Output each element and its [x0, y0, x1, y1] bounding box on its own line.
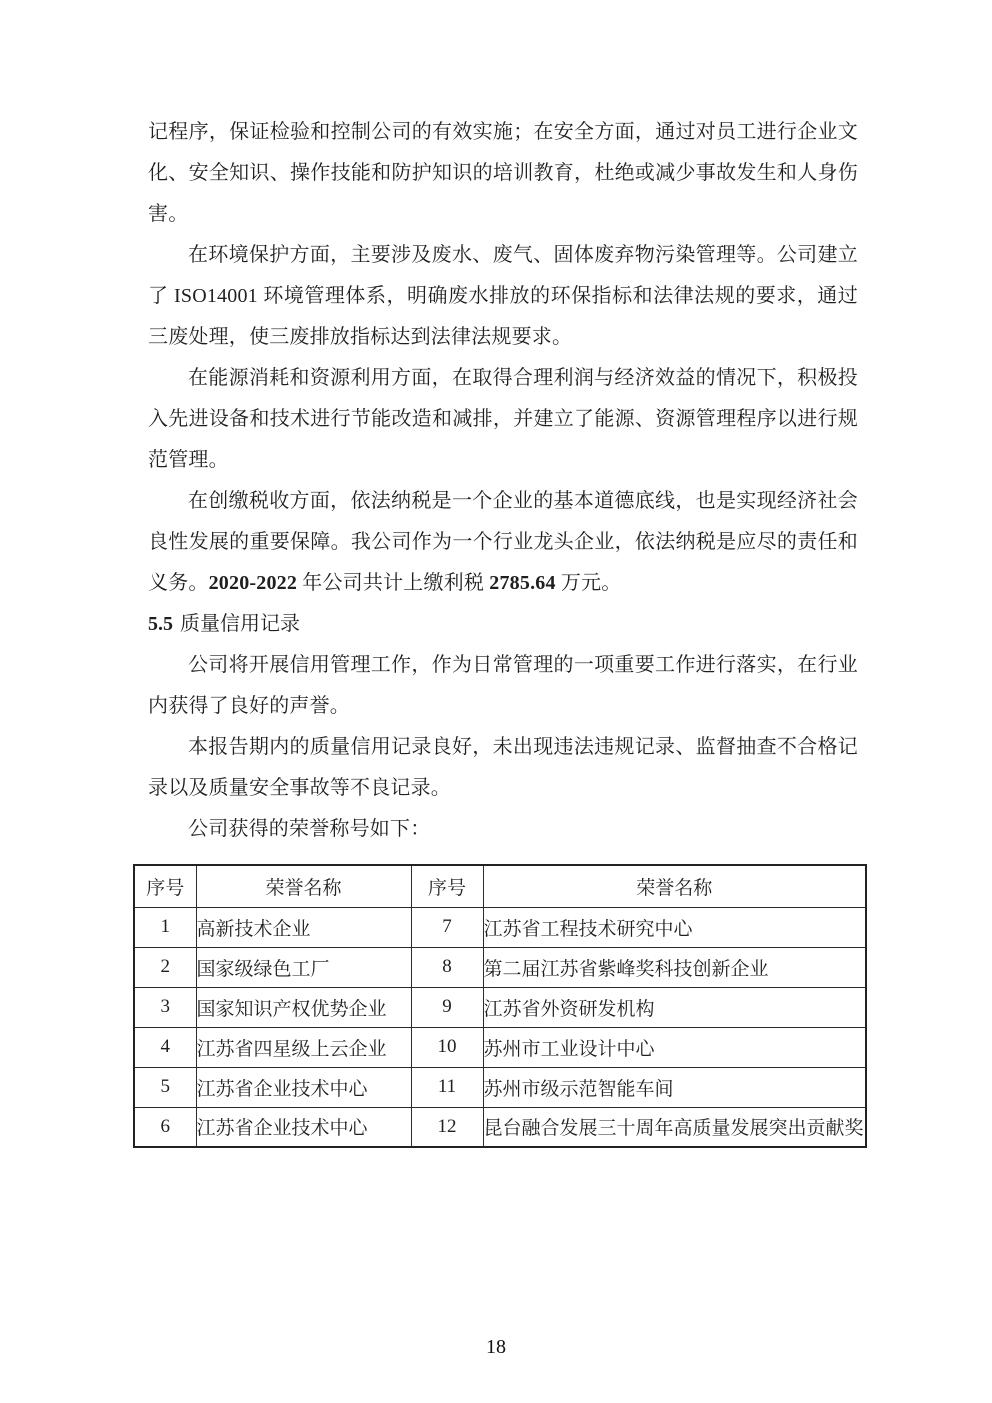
page-content: 记程序，保证检验和控制公司的有效实施；在安全方面，通过对员工进行企业文化、安全知… — [148, 112, 858, 1148]
table-header-honor-left: 荣誉名称 — [196, 865, 411, 907]
table-header-index-left: 序号 — [134, 865, 196, 907]
body-paragraph-tax: 在创缴税收方面，依法纳税是一个企业的基本道德底线，也是实现经济社会良性发展的重要… — [148, 481, 858, 604]
table-row: 4 江苏省四星级上云企业 10 苏州市工业设计中心 — [134, 1027, 866, 1067]
table-cell-index: 9 — [411, 987, 483, 1027]
table-row: 6 江苏省企业技术中心 12 昆台融合发展三十周年高质量发展突出贡献奖 — [134, 1107, 866, 1147]
section-number: 5.5 — [148, 613, 173, 635]
body-paragraph-credit-record: 本报告期内的质量信用记录良好，未出现违法违规记录、监督抽查不合格记录以及质量安全… — [148, 727, 858, 809]
page-number: 18 — [0, 1336, 992, 1359]
body-paragraph-honors-intro: 公司获得的荣誉称号如下： — [148, 809, 858, 850]
honors-table: 序号 荣誉名称 序号 荣誉名称 1 高新技术企业 7 江苏省工程技术研究中心 2… — [133, 864, 867, 1148]
table-row: 1 高新技术企业 7 江苏省工程技术研究中心 — [134, 907, 866, 947]
table-cell-index: 1 — [134, 907, 196, 947]
tax-amount-bold: 2785.64 — [489, 572, 555, 594]
table-cell-index: 11 — [411, 1067, 483, 1107]
table-cell-honor: 苏州市工业设计中心 — [483, 1027, 866, 1067]
table-cell-index: 12 — [411, 1107, 483, 1147]
table-row: 2 国家级绿色工厂 8 第二届江苏省紫峰奖科技创新企业 — [134, 947, 866, 987]
table-cell-index: 5 — [134, 1067, 196, 1107]
table-cell-index: 7 — [411, 907, 483, 947]
tax-text-end: 万元。 — [556, 572, 622, 594]
section-heading: 5.5质量信用记录 — [148, 604, 858, 645]
document-page: 记程序，保证检验和控制公司的有效实施；在安全方面，通过对员工进行企业文化、安全知… — [0, 0, 992, 1403]
table-cell-honor: 江苏省外资研发机构 — [483, 987, 866, 1027]
table-cell-index: 6 — [134, 1107, 196, 1147]
body-paragraph-continuation: 记程序，保证检验和控制公司的有效实施；在安全方面，通过对员工进行企业文化、安全知… — [148, 112, 858, 235]
table-cell-index: 4 — [134, 1027, 196, 1067]
body-paragraph-environment: 在环境保护方面，主要涉及废水、废气、固体废弃物污染管理等。公司建立了 ISO14… — [148, 235, 858, 358]
table-cell-honor: 苏州市级示范智能车间 — [483, 1067, 866, 1107]
table-cell-honor: 江苏省四星级上云企业 — [196, 1027, 411, 1067]
table-cell-honor: 江苏省企业技术中心 — [196, 1107, 411, 1147]
tax-text-mid: 年公司共计上缴利税 — [297, 572, 489, 594]
table-cell-honor: 江苏省工程技术研究中心 — [483, 907, 866, 947]
body-paragraph-energy: 在能源消耗和资源利用方面，在取得合理利润与经济效益的情况下，积极投入先进设备和技… — [148, 358, 858, 481]
table-cell-honor: 国家级绿色工厂 — [196, 947, 411, 987]
table-cell-honor: 国家知识产权优势企业 — [196, 987, 411, 1027]
table-cell-index: 10 — [411, 1027, 483, 1067]
table-cell-honor: 江苏省企业技术中心 — [196, 1067, 411, 1107]
table-cell-index: 3 — [134, 987, 196, 1027]
section-title: 质量信用记录 — [180, 613, 300, 635]
body-paragraph-credit-management: 公司将开展信用管理工作，作为日常管理的一项重要工作进行落实，在行业内获得了良好的… — [148, 645, 858, 727]
table-cell-honor: 第二届江苏省紫峰奖科技创新企业 — [483, 947, 866, 987]
table-header-honor-right: 荣誉名称 — [483, 865, 866, 907]
table-row: 5 江苏省企业技术中心 11 苏州市级示范智能车间 — [134, 1067, 866, 1107]
table-header-row: 序号 荣誉名称 序号 荣誉名称 — [134, 865, 866, 907]
table-cell-honor: 高新技术企业 — [196, 907, 411, 947]
table-cell-index: 2 — [134, 947, 196, 987]
table-cell-honor: 昆台融合发展三十周年高质量发展突出贡献奖 — [483, 1107, 866, 1147]
table-header-index-right: 序号 — [411, 865, 483, 907]
table-row: 3 国家知识产权优势企业 9 江苏省外资研发机构 — [134, 987, 866, 1027]
tax-years-bold: 2020-2022 — [209, 572, 297, 594]
table-cell-index: 8 — [411, 947, 483, 987]
